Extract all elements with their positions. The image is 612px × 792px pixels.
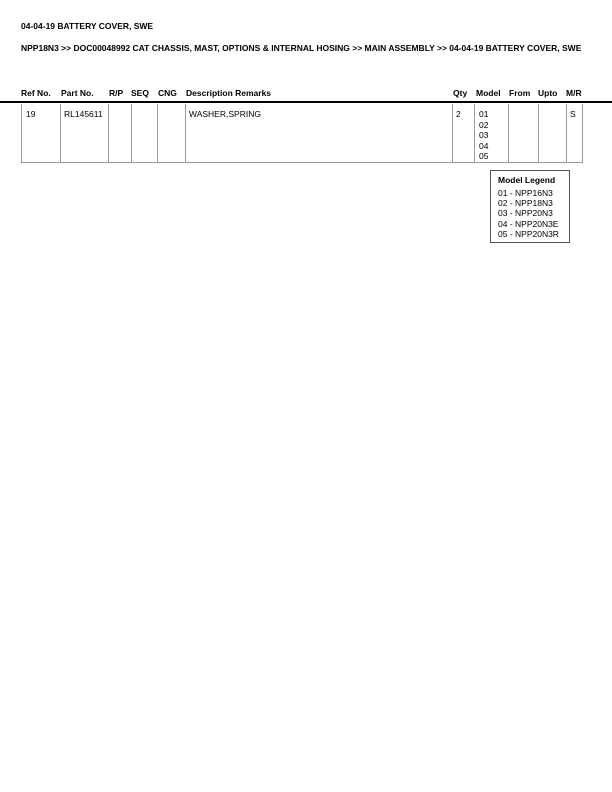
- breadcrumb: NPP18N3 >> DOC00048992 CAT CHASSIS, MAST…: [21, 43, 596, 54]
- header-ref-no: Ref No.: [21, 88, 51, 98]
- column-divider: [538, 104, 539, 163]
- column-divider: [474, 104, 475, 163]
- header-cng: CNG: [158, 88, 177, 98]
- header-qty: Qty: [453, 88, 467, 98]
- model-legend-title: Model Legend: [498, 175, 569, 185]
- column-divider: [60, 104, 61, 163]
- column-divider: [185, 104, 186, 163]
- column-divider: [131, 104, 132, 163]
- header-divider: [0, 101, 612, 103]
- model-legend-item: 02 - NPP18N3: [498, 198, 569, 208]
- cell-mr: S: [570, 109, 576, 120]
- model-code: 02: [479, 120, 488, 131]
- model-code: 01: [479, 109, 488, 120]
- header-seq: SEQ: [131, 88, 149, 98]
- column-divider: [157, 104, 158, 163]
- cell-models: 01 02 03 04 05: [479, 109, 488, 162]
- cell-qty: 2: [456, 109, 461, 120]
- column-divider: [108, 104, 109, 163]
- column-divider: [452, 104, 453, 163]
- model-legend-item: 05 - NPP20N3R: [498, 229, 569, 239]
- header-mr: M/R: [566, 88, 582, 98]
- page-title: 04-04-19 BATTERY COVER, SWE: [21, 21, 153, 31]
- header-rp: R/P: [109, 88, 123, 98]
- model-code: 03: [479, 130, 488, 141]
- model-legend-item: 03 - NPP20N3: [498, 208, 569, 218]
- header-part-no: Part No.: [61, 88, 94, 98]
- model-code: 05: [479, 151, 488, 162]
- header-description: Description Remarks: [186, 88, 271, 98]
- model-legend: Model Legend 01 - NPP16N3 02 - NPP18N3 0…: [490, 170, 570, 243]
- cell-ref-no: 19: [26, 109, 35, 120]
- model-code: 04: [479, 141, 488, 152]
- row-border: [21, 104, 583, 163]
- cell-part-no: RL145611: [64, 109, 103, 120]
- model-legend-item: 01 - NPP16N3: [498, 188, 569, 198]
- header-model: Model: [476, 88, 501, 98]
- cell-description: WASHER,SPRING: [189, 109, 261, 120]
- model-legend-item: 04 - NPP20N3E: [498, 219, 569, 229]
- column-divider: [566, 104, 567, 163]
- header-upto: Upto: [538, 88, 557, 98]
- header-from: From: [509, 88, 530, 98]
- column-divider: [508, 104, 509, 163]
- column-divider: [582, 104, 583, 163]
